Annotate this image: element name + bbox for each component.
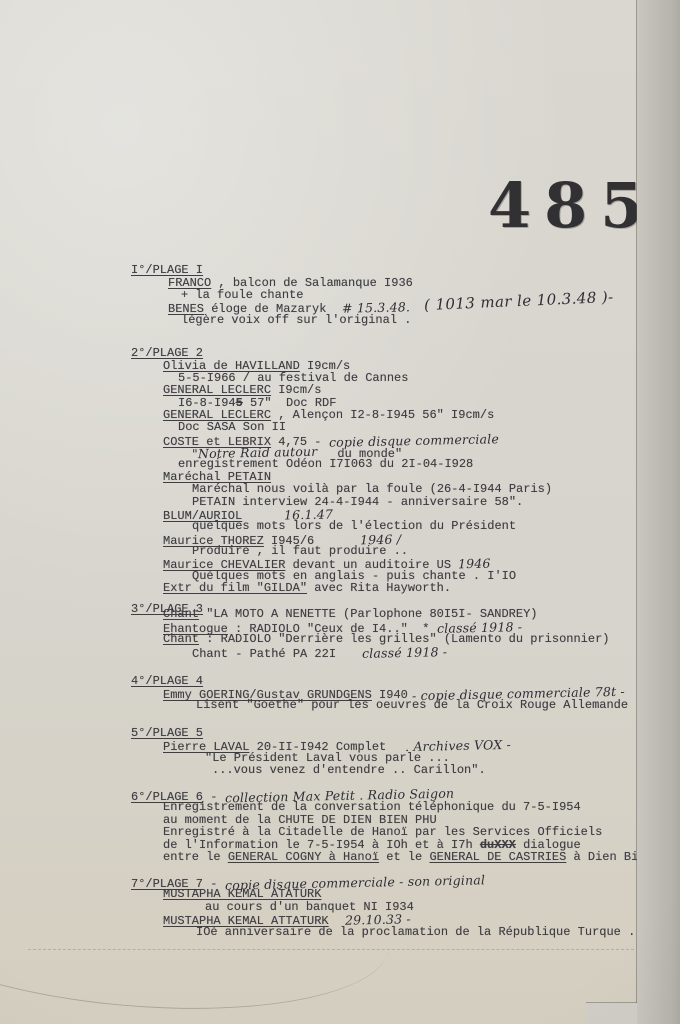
- document-page: 485 I°/PLAGE IFRANCO , balcon de Salaman…: [0, 0, 680, 1024]
- photo-background: 485 I°/PLAGE IFRANCO , balcon de Salaman…: [0, 0, 680, 1024]
- typed-text: Enregistré à la Citadelle de Hanoï par l…: [163, 825, 602, 839]
- text-line: Extr du film "GILDA" avec Rita Hayworth.: [163, 582, 451, 595]
- typed-text-underlined: 2°/PLAGE 2: [131, 346, 203, 360]
- text-line: légère voix off sur l'original .: [181, 314, 411, 327]
- typed-text: ...vous venez d'entendre .. Carillon".: [212, 763, 486, 777]
- typed-text: Chant - Pathé PA 22I: [192, 647, 336, 661]
- text-line: Chant : RADIOLO "Derrière les grilles" (…: [163, 633, 609, 646]
- typed-text-underlined: I°/PLAGE I: [131, 263, 203, 277]
- typed-text: I9cm/s: [271, 383, 321, 397]
- typed-text: légère voix off sur l'original .: [181, 313, 411, 327]
- handwritten-note: classé 1918 -: [362, 645, 448, 660]
- typed-text-underlined: 4°/PLAGE 4: [131, 674, 203, 688]
- backing-corner: [586, 1003, 637, 1024]
- text-line: Lisent "Goethe" pour les oeuvres de la C…: [196, 699, 628, 712]
- typed-text: PETAIN interview 24-4-I944 - anniversair…: [192, 495, 523, 509]
- typed-text: Doc SASA Son II: [178, 420, 286, 434]
- text-line: Doc SASA Son II: [178, 421, 286, 434]
- typed-text: enregistrement Odéon I7I063 du 2I-04-I92…: [178, 457, 473, 471]
- typed-text: Maréchal nous voilà par la foule (26-4-I…: [192, 482, 552, 496]
- typed-text: et le: [379, 850, 429, 864]
- page-bottom-edge: [586, 1002, 637, 1003]
- text-line: Chant - Pathé PA 22Iclassé 1918 -: [192, 646, 447, 661]
- typed-text-underlined: GENERAL COGNY à Hanoï: [228, 850, 379, 864]
- typed-text: Enregistrement de la conversation téléph…: [163, 800, 581, 814]
- typed-text: quelques mots lors de l'élection du Prés…: [192, 519, 516, 533]
- typed-text-underlined: 5°/PLAGE 5: [131, 726, 203, 740]
- typed-text-underlined: GENERAL DE CASTRIES: [429, 850, 566, 864]
- typed-text: + la foule chante: [181, 288, 303, 302]
- text-line: ( 1013 mar le 10.3.48 )-: [424, 295, 614, 310]
- handwritten-note: ( 1013 mar le 10.3.48 )-: [424, 291, 614, 312]
- typed-text: Lisent "Goethe" pour les oeuvres de la C…: [196, 698, 628, 712]
- typed-text-underlined: Extr du film "GILDA": [163, 581, 307, 595]
- typed-text: , Alençon I2-8-I945 56" I9cm/s: [271, 408, 494, 422]
- typed-text-underlined: GENERAL LECLERC: [163, 383, 271, 397]
- page-right-edge: [636, 0, 637, 1003]
- typed-text: : RADIOLO "Derrière les grilles" (Lament…: [199, 632, 609, 646]
- typed-text-underlined: Chant: [163, 632, 199, 646]
- typed-text: à Dien Bien: [566, 850, 637, 864]
- typed-text: Produire , il faut produire ..: [192, 544, 408, 558]
- typed-text-underlined: Chant: [163, 607, 199, 621]
- text-line: ...vous venez d'entendre .. Carillon".: [212, 764, 486, 777]
- backing-sheet: [637, 0, 680, 1024]
- typed-text: avec Rita Hayworth.: [307, 581, 451, 595]
- text-line: quelques mots lors de l'élection du Prés…: [192, 520, 516, 533]
